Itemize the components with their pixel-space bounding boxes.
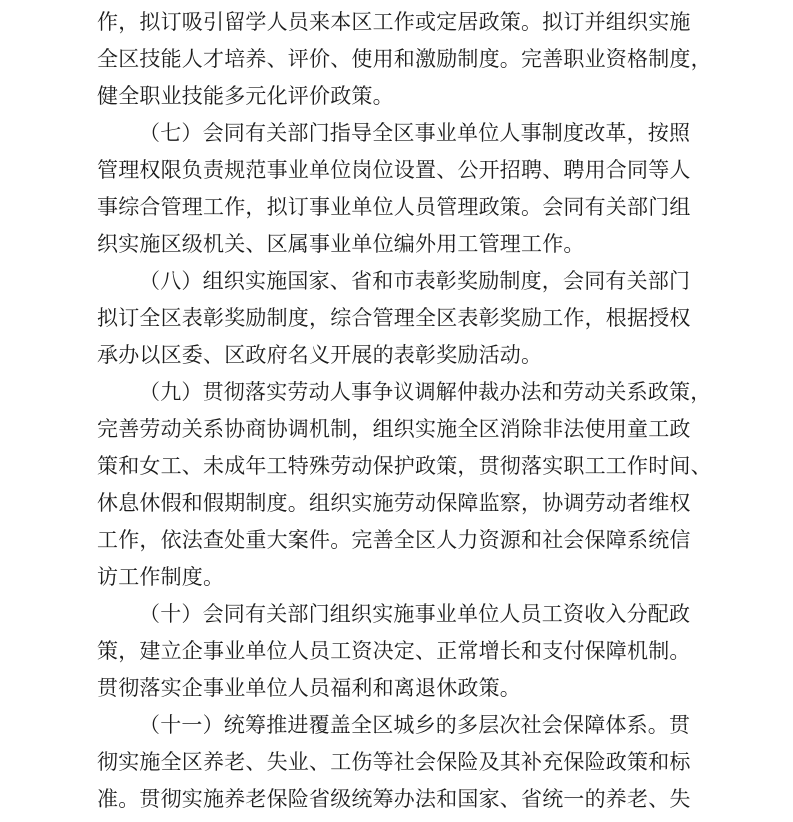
text-line: （十）会同有关部门组织实施事业单位人员工资收入分配政 <box>97 596 693 633</box>
text-line: 健全职业技能多元化评价政策。 <box>97 78 693 115</box>
text-line: 工作，依法查处重大案件。完善全区人力资源和社会保障系统信 <box>97 522 693 559</box>
document-body: 作，拟订吸引留学人员来本区工作或定居政策。拟订并组织实施全区技能人才培养、评价、… <box>97 4 693 818</box>
text-line: 拟订全区表彰奖励制度，综合管理全区表彰奖励工作，根据授权 <box>97 300 693 337</box>
text-line: （七）会同有关部门指导全区事业单位人事制度改革，按照 <box>97 115 693 152</box>
text-line: 准。贯彻实施养老保险省级统筹办法和国家、省统一的养老、失 <box>97 781 693 818</box>
text-line: 策，建立企事业单位人员工资决定、正常增长和支付保障机制。 <box>97 633 693 670</box>
text-line: （九）贯彻落实劳动人事争议调解仲裁办法和劳动关系政策， <box>97 374 693 411</box>
text-line: 完善劳动关系协商协调机制，组织实施全区消除非法使用童工政 <box>97 411 693 448</box>
text-line: 访工作制度。 <box>97 559 693 596</box>
text-line: 休息休假和假期制度。组织实施劳动保障监察，协调劳动者维权 <box>97 485 693 522</box>
document-page: 作，拟订吸引留学人员来本区工作或定居政策。拟订并组织实施全区技能人才培养、评价、… <box>0 0 793 822</box>
text-line: 贯彻落实企事业单位人员福利和离退休政策。 <box>97 670 693 707</box>
text-line: 织实施区级机关、区属事业单位编外用工管理工作。 <box>97 226 693 263</box>
text-line: 彻实施全区养老、失业、工伤等社会保险及其补充保险政策和标 <box>97 744 693 781</box>
text-line: （八）组织实施国家、省和市表彰奖励制度，会同有关部门 <box>97 263 693 300</box>
text-line: 策和女工、未成年工特殊劳动保护政策，贯彻落实职工工作时间、 <box>97 448 693 485</box>
text-line: （十一）统筹推进覆盖全区城乡的多层次社会保障体系。贯 <box>97 707 693 744</box>
text-line: 管理权限负责规范事业单位岗位设置、公开招聘、聘用合同等人 <box>97 152 693 189</box>
text-line: 作，拟订吸引留学人员来本区工作或定居政策。拟订并组织实施 <box>97 4 693 41</box>
text-line: 全区技能人才培养、评价、使用和激励制度。完善职业资格制度， <box>97 41 693 78</box>
text-line: 事综合管理工作，拟订事业单位人员管理政策。会同有关部门组 <box>97 189 693 226</box>
text-line: 承办以区委、区政府名义开展的表彰奖励活动。 <box>97 337 693 374</box>
